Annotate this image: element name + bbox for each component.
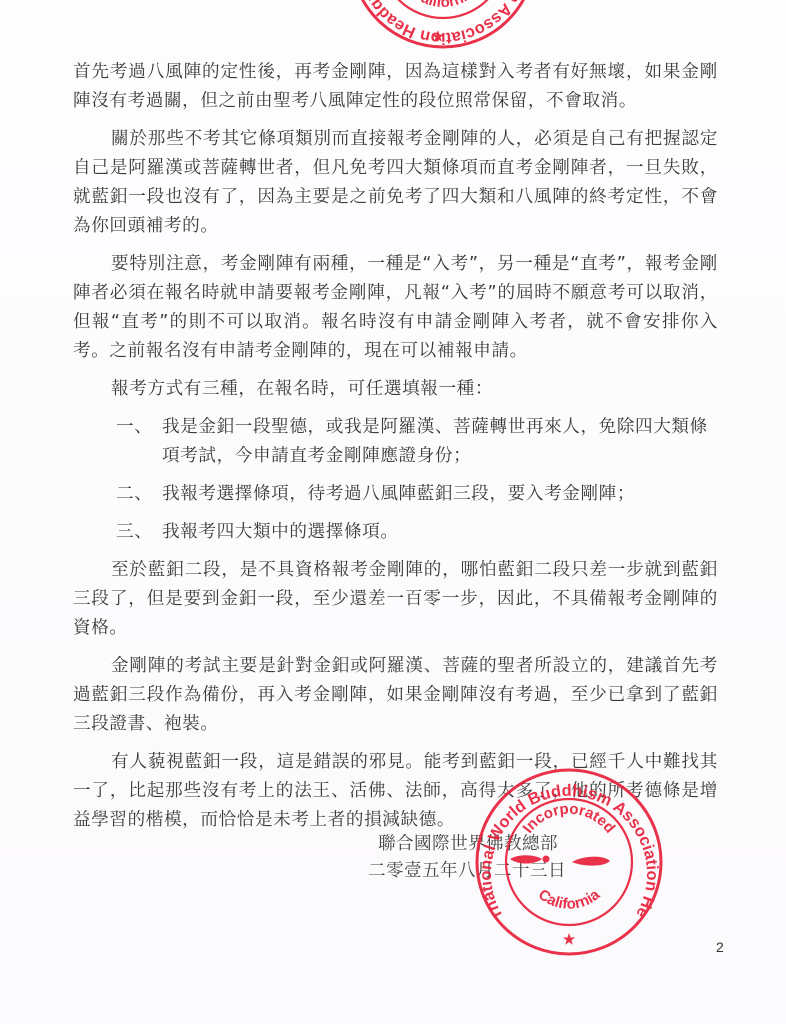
seal-top-outer-text: United International World Buddhism Asso… <box>348 0 535 47</box>
seal-top-inner-bottom-text: California <box>409 0 478 11</box>
method-item-1: 一、 我是金鈤一段聖德，或我是阿羅漢、菩薩轉世再來人，免除四大類條項考試，今申請… <box>73 413 718 471</box>
star-icon: ★ <box>563 931 576 947</box>
paragraph-4: 至於藍鈤二段，是不具資格報考金剛陣的，哪怕藍鈤二段只差一步就到藍鈤三段了，但是要… <box>73 556 718 643</box>
document-page: United International World Buddhism Asso… <box>0 0 786 1024</box>
list-marker: 三、 <box>116 518 152 547</box>
document-body: 首先考過八風陣的定性後，再考金剛陣，因為這樣對入考者有好無壞，如果金剛陣沒有考過… <box>73 58 718 844</box>
paragraph-1: 首先考過八風陣的定性後，再考金剛陣，因為這樣對入考者有好無壞，如果金剛陣沒有考過… <box>73 58 718 116</box>
signature-date: 二零壹五年八月二十三日 <box>368 858 566 885</box>
paragraph-6: 有人藐視藍鈤一段，這是錯誤的邪見。能考到藍鈤一段，已經千人中難找其一了，比起那些… <box>73 748 718 835</box>
method-text: 我報考四大類中的選擇條項。 <box>162 522 399 542</box>
seal-stamp-top: United International World Buddhism Asso… <box>348 0 538 50</box>
list-marker: 二、 <box>116 480 152 509</box>
paragraph-3: 要特別注意，考金剛陣有兩種，一種是“入考”，另一種是“直考”，報考金剛陣者必須在… <box>73 250 718 366</box>
paragraph-2: 關於那些不考其它條項類別而直接報考金剛陣的人，必須是自己有把握認定自己是阿羅漢或… <box>73 125 718 241</box>
seal-inner-bottom-text: California <box>535 886 604 913</box>
signature-block: 聯合國際世界佛教總部 二零壹五年八月二十三日 <box>368 831 566 885</box>
method-text: 我報考選擇條項，待考過八風陣藍鈤三段，要入考金剛陣； <box>162 484 635 504</box>
method-item-3: 三、 我報考四大類中的選擇條項。 <box>73 518 718 547</box>
method-text: 我是金鈤一段聖德，或我是阿羅漢、菩薩轉世再來人，免除四大類條項考試，今申請直考金… <box>162 417 708 466</box>
paragraph-5: 金剛陣的考試主要是針對金鈤或阿羅漢、菩薩的聖者所設立的，建議首先考過藍鈤三段作為… <box>73 652 718 739</box>
methods-intro: 報考方式有三種，在報名時，可任選填報一種： <box>73 375 718 404</box>
list-marker: 一、 <box>116 413 152 442</box>
star-icon: ★ <box>432 28 445 44</box>
signature-organization: 聯合國際世界佛教總部 <box>368 831 566 858</box>
methods-list: 一、 我是金鈤一段聖德，或我是阿羅漢、菩薩轉世再來人，免除四大類條項考試，今申請… <box>73 413 718 547</box>
page-number: 2 <box>716 939 724 955</box>
method-item-2: 二、 我報考選擇條項，待考過八風陣藍鈤三段，要入考金剛陣； <box>73 480 718 509</box>
